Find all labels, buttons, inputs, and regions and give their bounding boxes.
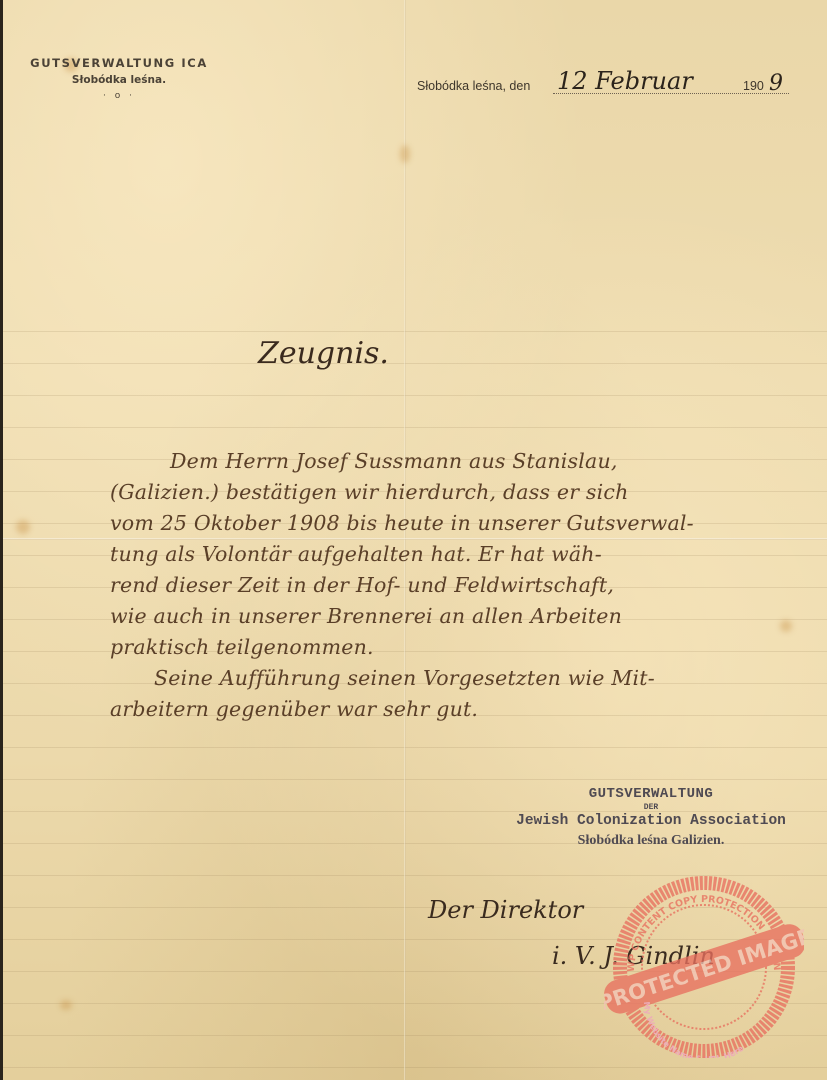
body-line: vom 25 Oktober 1908 bis heute in unserer… [110,508,825,539]
body-line: Dem Herrn Josef Sussmann aus Stanislau, [110,446,825,477]
date-prefix: Słobódka leśna, den [417,79,530,93]
body-line: tung als Volontär aufgehalten hat. Er ha… [110,539,825,570]
page-edge [0,0,3,1080]
stamp-line-1: GUTSVERWALTUNG [516,786,786,802]
date-year-handwritten: 9 [769,71,783,96]
stamp-line-4: Słobódka leśna Galizien. [516,833,786,849]
document-page: GUTSVERWALTUNG ICA Słobódka leśna. · o ·… [0,0,827,1080]
body-line: rend dieser Zeit in der Hof- und Feldwir… [110,570,825,601]
date-handwritten: 12 Februar [557,67,693,95]
document-title: Zeugnis. [258,336,389,371]
body-line: (Galizien.) bestätigen wir hierdurch, da… [110,477,825,508]
protected-image-watermark-icon: WP CONTENT COPY PROTECTION PLUGIN PROTEC… [604,872,804,1058]
letterhead-ornament: · o · [14,91,224,101]
letterhead-place: Słobódka leśna. [14,74,224,86]
age-stain [400,145,410,163]
body-line: praktisch teilgenommen. [110,632,825,663]
body-line: wie auch in unserer Brennerei an allen A… [110,601,825,632]
letterhead: GUTSVERWALTUNG ICA Słobódka leśna. · o · [14,56,224,101]
body-line: Seine Aufführung seinen Vorgesetzten wie… [110,663,825,694]
body-line: arbeitern gegenüber war sehr gut. [110,694,825,725]
age-stain [16,520,30,534]
document-body: Dem Herrn Josef Sussmann aus Stanislau, … [110,446,825,725]
stamp-line-2: DER [516,803,786,812]
age-stain [60,1000,72,1010]
organization-stamp: GUTSVERWALTUNG DER Jewish Colonization A… [516,786,786,849]
dateline: Słobódka leśna, den 12 Februar 190 9 [417,73,797,97]
signature-title: Der Direktor [428,896,583,924]
date-year-printed: 190 [743,79,764,93]
letterhead-title: GUTSVERWALTUNG ICA [14,56,224,70]
stamp-line-3: Jewish Colonization Association [516,813,786,829]
